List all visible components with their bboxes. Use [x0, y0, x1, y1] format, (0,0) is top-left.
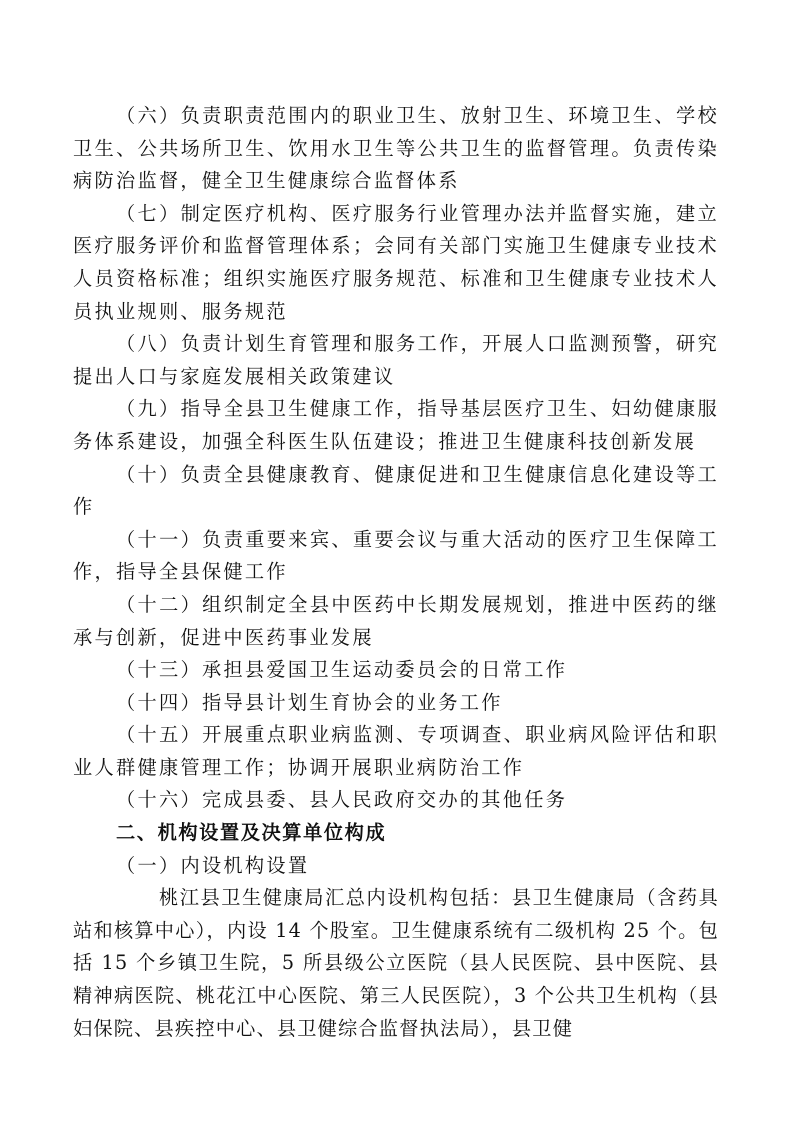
duty-text: 承担县爱国卫生运动委员会的日常工作 — [202, 658, 567, 681]
duty-label: （十） — [116, 463, 181, 486]
duty-label: （十四） — [116, 691, 202, 714]
duty-item-13: （十三）承担县爱国卫生运动委员会的日常工作 — [73, 654, 719, 687]
duty-item-16: （十六）完成县委、县人民政府交办的其他任务 — [73, 784, 719, 817]
duty-label: （十六） — [116, 788, 202, 811]
duty-item-6: （六）负责职责范围内的职业卫生、放射卫生、环境卫生、学校卫生、公共场所卫生、饮用… — [73, 100, 719, 198]
duty-item-10: （十）负责全县健康教育、健康促进和卫生健康信息化建设等工作 — [73, 459, 719, 524]
duty-label: （十二） — [116, 593, 202, 616]
document-page: （六）负责职责范围内的职业卫生、放射卫生、环境卫生、学校卫生、公共场所卫生、饮用… — [73, 100, 719, 1045]
duty-label: （七） — [116, 202, 181, 225]
duty-item-9: （九）指导全县卫生健康工作，指导基层医疗卫生、妇幼健康服务体系建设，加强全科医生… — [73, 393, 719, 458]
duty-item-11: （十一）负责重要来宾、重要会议与重大活动的医疗卫生保障工作，指导全县保健工作 — [73, 524, 719, 589]
duty-item-12: （十二）组织制定全县中医药中长期发展规划，推进中医药的继承与创新，促进中医药事业… — [73, 589, 719, 654]
duty-item-7: （七）制定医疗机构、医疗服务行业管理办法并监督实施，建立医疗服务评价和监督管理体… — [73, 198, 719, 328]
body-paragraph: 桃江县卫生健康局汇总内设机构包括：县卫生健康局（含药具站和核算中心），内设 14… — [73, 882, 719, 1045]
duty-text: 完成县委、县人民政府交办的其他任务 — [202, 788, 567, 811]
duty-item-8: （八）负责计划生育管理和服务工作，开展人口监测预警，研究提出人口与家庭发展相关政… — [73, 328, 719, 393]
duty-label: （九） — [116, 397, 181, 420]
duty-text: 指导县计划生育协会的业务工作 — [202, 691, 503, 714]
duty-label: （十三） — [116, 658, 202, 681]
subsection-heading: （一）内设机构设置 — [73, 850, 719, 883]
duty-label: （八） — [116, 332, 181, 355]
duty-item-15: （十五）开展重点职业病监测、专项调查、职业病风险评估和职业人群健康管理工作；协调… — [73, 719, 719, 784]
section-heading: 二、机构设置及决算单位构成 — [73, 817, 719, 850]
duty-label: （十一） — [116, 528, 202, 551]
duty-label: （十五） — [116, 723, 202, 746]
duty-label: （六） — [116, 104, 181, 127]
duty-item-14: （十四）指导县计划生育协会的业务工作 — [73, 687, 719, 720]
